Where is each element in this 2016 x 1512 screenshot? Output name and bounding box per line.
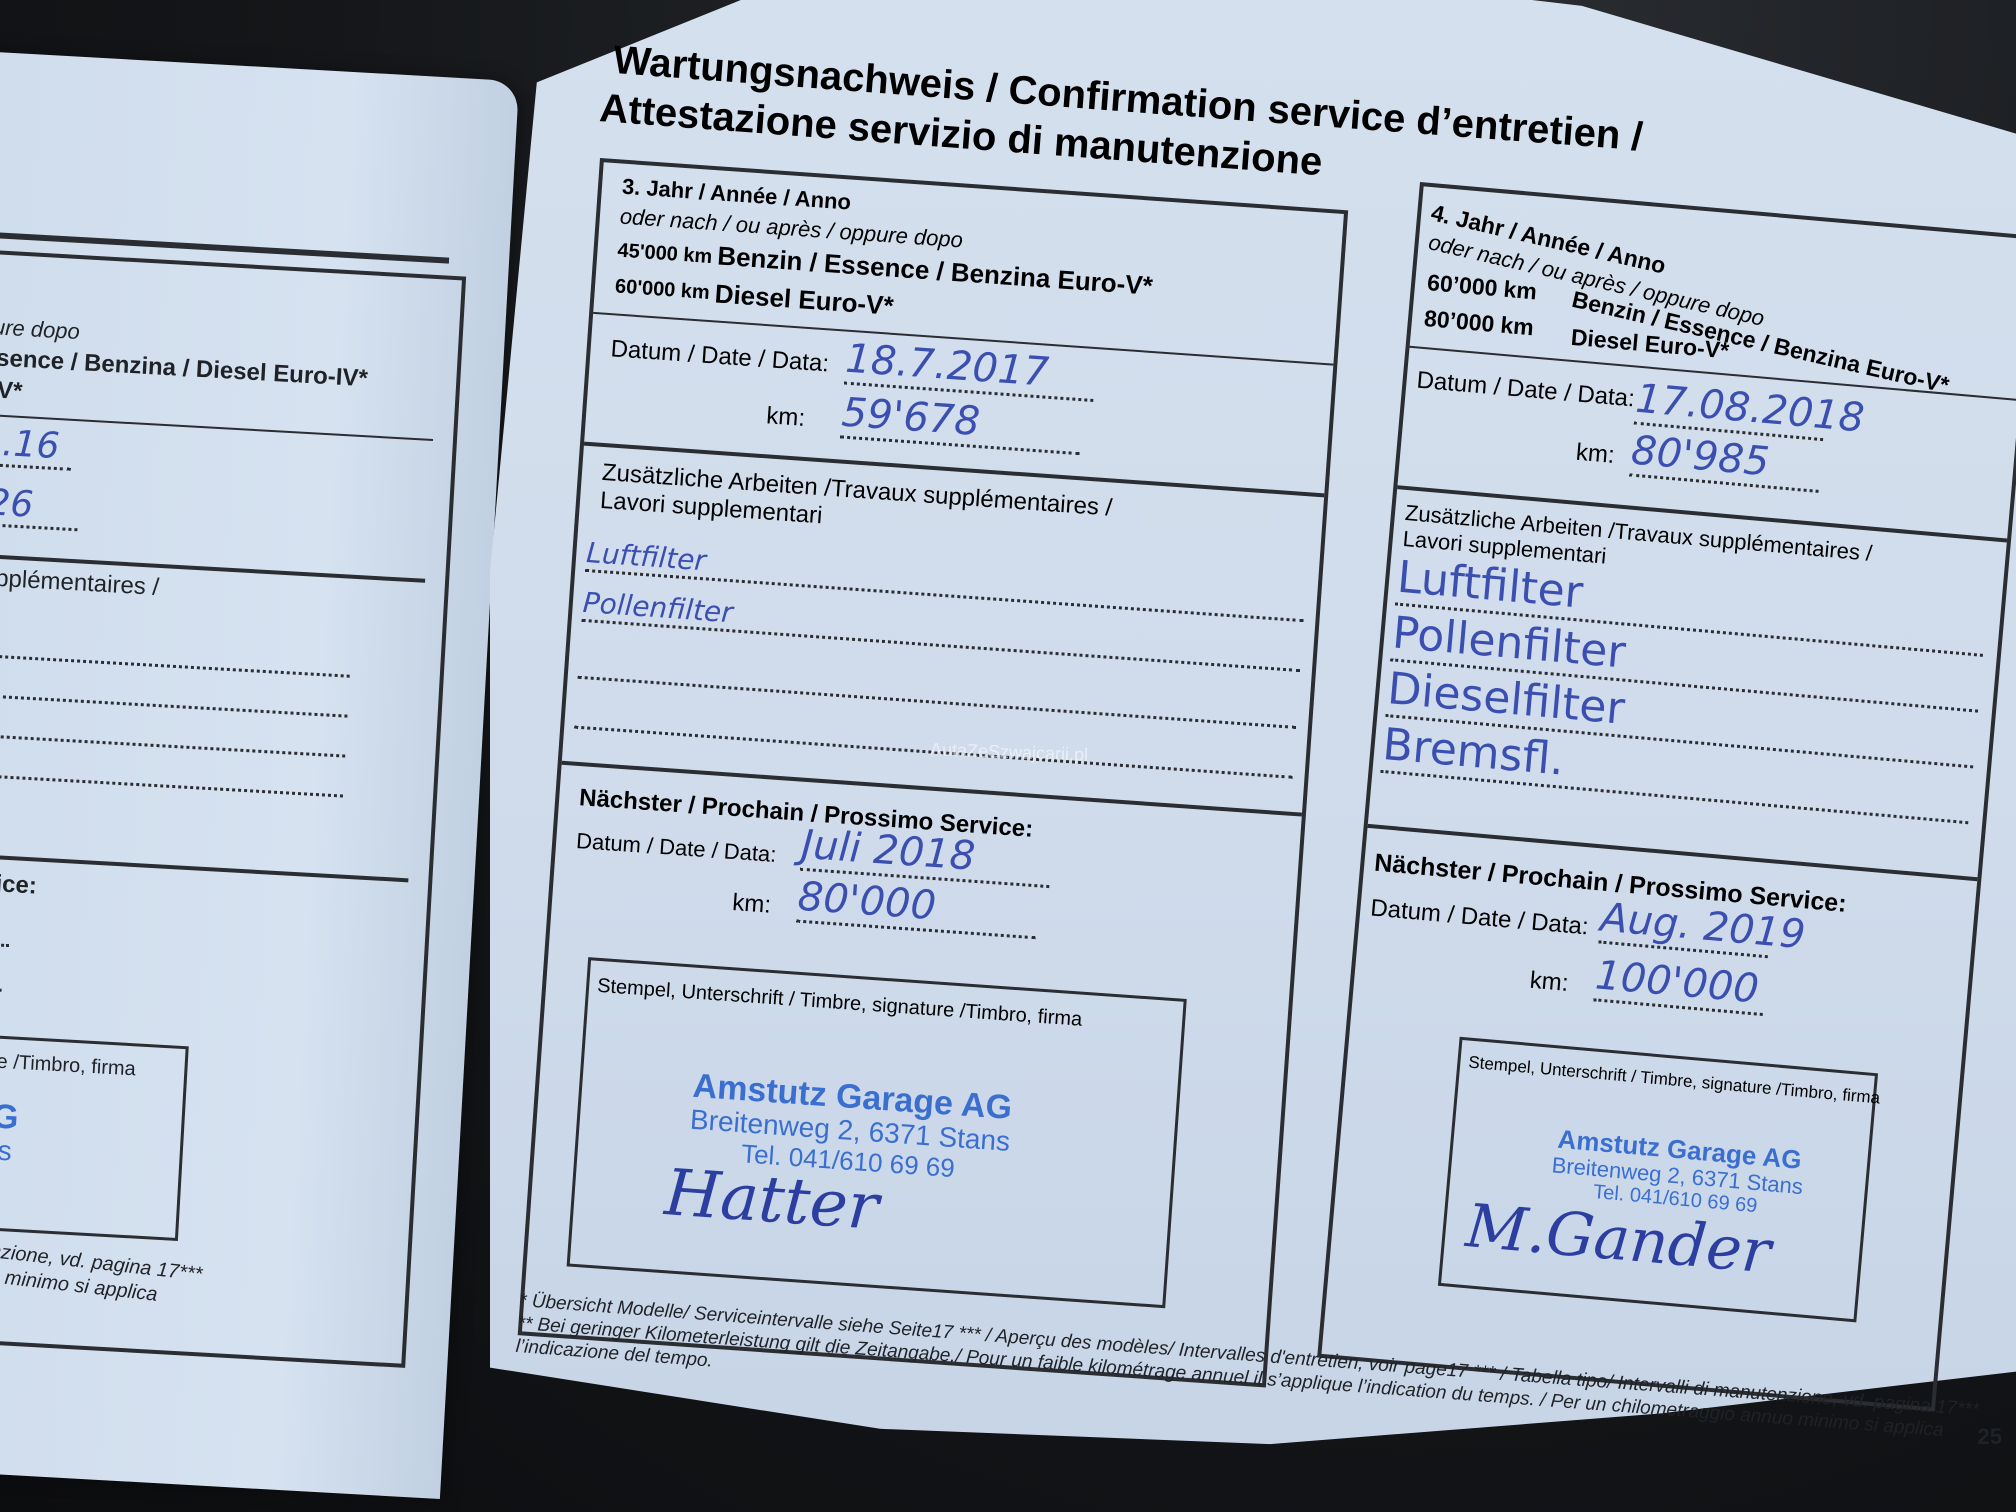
left-dotted-line	[0, 690, 348, 718]
next-date-label: Datum / Date / Data:	[575, 828, 777, 868]
stamp-label: Stempel, Unterschrift / Timbre, signatur…	[1468, 1053, 1881, 1109]
next-date-label: Datum / Date / Data:	[1369, 895, 1589, 942]
left-fuel: Essence / Benzina / Diesel Euro-IV*	[0, 343, 369, 393]
stamp-box: Stempel, Unterschrift / Timbre, signatur…	[1438, 1037, 1878, 1323]
left-dotted-line	[0, 770, 343, 798]
left-separator-3	[0, 850, 408, 882]
fuel-diesel-label: Diesel Euro-V*	[714, 278, 895, 321]
service-km-value: 59'678	[840, 390, 1083, 456]
left-fuel-2: ro-V*	[0, 375, 23, 406]
left-date-value: 8.11.16	[0, 419, 73, 471]
left-additional-work-label: aux supplémentaires /	[0, 561, 160, 602]
km-interval-2: 60'000 km	[614, 275, 710, 305]
page-number: 25	[1978, 1424, 2002, 1450]
left-entry-box: no ppure dopo Essence / Benzina / Diesel…	[0, 247, 466, 1368]
left-page: no ppure dopo Essence / Benzina / Diesel…	[0, 50, 519, 1499]
date-label: Datum / Date / Data:	[1415, 367, 1635, 414]
left-stamp-box: re, signature /Timbro, firma rage AG 371…	[0, 1030, 189, 1241]
left-dotted-line	[0, 650, 350, 678]
km-label: km:	[765, 402, 806, 433]
signature: Hatter	[662, 1156, 881, 1245]
left-next-date: 11.17	[0, 900, 11, 947]
entry-header: 3. Jahr / Année / Anno oder nach / ou ap…	[584, 162, 1344, 493]
next-service-km-value: 100'000	[1593, 952, 1767, 1016]
km-interval-1: 45'000 km	[617, 239, 713, 269]
km-interval-2: 80’000 km	[1423, 305, 1535, 341]
stamp-label: Stempel, Unterschrift / Timbre, signatur…	[596, 975, 1082, 1032]
left-dotted-line	[0, 730, 345, 758]
service-entry-4: 4. Jahr / Année / Anno oder nach / ou ap…	[1317, 182, 2016, 1412]
next-service-section: Nächster / Prochain / Prossimo Service: …	[521, 761, 1302, 1391]
additional-work-section: Zusätzliche Arbeiten /Travaux supplément…	[1368, 485, 2007, 877]
left-stamp: rage AG 371 Stans 69 69	[0, 1093, 19, 1197]
entry-header: 4. Jahr / Année / Anno oder nach / ou ap…	[1397, 186, 2016, 538]
next-km-label: km:	[1529, 967, 1570, 998]
km-label: km:	[1575, 439, 1616, 470]
left-km-value: 46226	[0, 478, 80, 531]
left-interval: ppure dopo	[0, 313, 80, 345]
next-km-label: km:	[731, 889, 772, 920]
left-stamp-label: re, signature /Timbro, firma	[0, 1045, 136, 1081]
service-entry-3: 3. Jahr / Année / Anno oder nach / ou ap…	[518, 158, 1348, 1387]
stamp-box: Stempel, Unterschrift / Timbre, signatur…	[567, 957, 1187, 1308]
next-service-section: Nächster / Prochain / Prossimo Service: …	[1321, 824, 1978, 1415]
date-label: Datum / Date / Data:	[610, 335, 830, 378]
left-next-service-label: no Service:	[0, 865, 38, 900]
left-next-km: 000	[0, 950, 4, 992]
